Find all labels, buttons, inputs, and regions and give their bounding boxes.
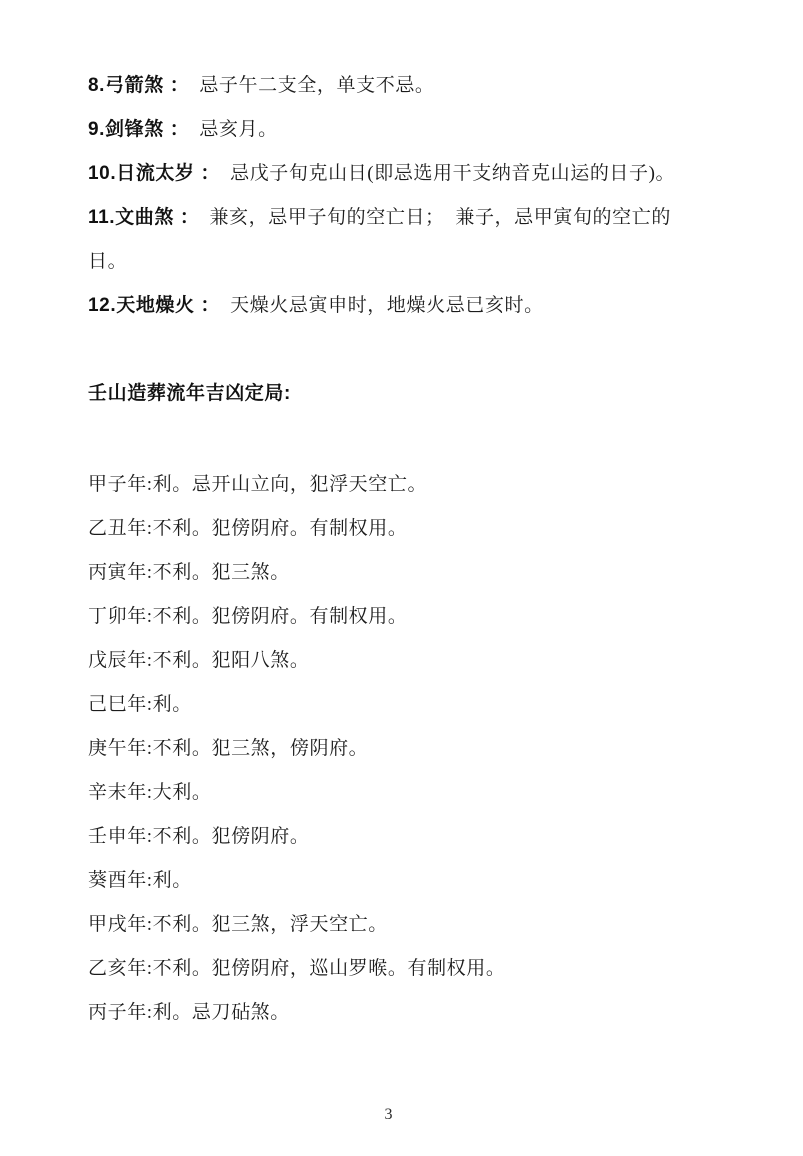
sha-item-12: 12.天地燥火 ：天燥火忌寅申时，地燥火忌已亥时。 [88,284,728,328]
year-fortune-list: 甲子年:利。忌开山立向，犯浮天空亡。 乙丑年:不利。犯傍阴府。有制权用。 丙寅年… [88,463,728,1035]
year-line-bingzi: 丙子年:利。忌刀砧煞。 [88,991,728,1035]
year-line-jiaxu: 甲戌年:不利。犯三煞，浮天空亡。 [88,903,728,947]
page-number: 3 [0,1103,790,1127]
sha-item-8-text: 忌子午二支全，单支不忌。 [189,75,434,96]
document-page: 8.弓箭煞 ：忌子午二支全，单支不忌。 9.剑锋煞 ：忌亥月。 10.日流太岁 … [0,0,803,1156]
sha-item-9-text: 忌亥月。 [189,119,277,140]
year-line-dingmao: 丁卯年:不利。犯傍阴府。有制权用。 [88,595,728,639]
sha-item-9: 9.剑锋煞 ：忌亥月。 [88,108,728,152]
year-line-yihai: 乙亥年:不利。犯傍阴府，巡山罗喉。有制权用。 [88,947,728,991]
sha-item-11-label: 11.文曲煞 ： [88,207,199,228]
year-line-wuchen: 戊辰年:不利。犯阳八煞。 [88,639,728,683]
year-line-bingyin: 丙寅年:不利。犯三煞。 [88,551,728,595]
year-line-gengwu: 庚午年:不利。犯三煞，傍阴府。 [88,727,728,771]
sha-item-12-label: 12.天地燥火 ： [88,295,220,316]
year-line-xinwei: 辛末年:大利。 [88,771,728,815]
document-content: 8.弓箭煞 ：忌子午二支全，单支不忌。 9.剑锋煞 ：忌亥月。 10.日流太岁 … [88,64,728,1035]
year-line-guiyou: 葵酉年:利。 [88,859,728,903]
year-line-renshen: 壬申年:不利。犯傍阴府。 [88,815,728,859]
sha-item-9-label: 9.剑锋煞 ： [88,119,189,140]
sha-item-10: 10.日流太岁 ：忌戊子旬克山日(即忌选用干支纳音克山运的日子)。 [88,152,728,196]
sha-item-10-text: 忌戊子旬克山日(即忌选用干支纳音克山运的日子)。 [220,163,675,184]
year-line-yichou: 乙丑年:不利。犯傍阴府。有制权用。 [88,507,728,551]
section-heading: 壬山造葬流年吉凶定局: [88,372,728,416]
sha-item-10-label: 10.日流太岁 ： [88,163,220,184]
year-line-jiazi: 甲子年:利。忌开山立向，犯浮天空亡。 [88,463,728,507]
sha-item-8: 8.弓箭煞 ：忌子午二支全，单支不忌。 [88,64,728,108]
year-line-jisi: 己巳年:利。 [88,683,728,727]
sha-item-12-text: 天燥火忌寅申时，地燥火忌已亥时。 [220,295,544,316]
sha-item-8-label: 8.弓箭煞 ： [88,75,189,96]
sha-item-11: 11.文曲煞 ：兼亥，忌甲子旬的空亡日； 兼子，忌甲寅旬的空亡的 日。 [88,196,728,284]
